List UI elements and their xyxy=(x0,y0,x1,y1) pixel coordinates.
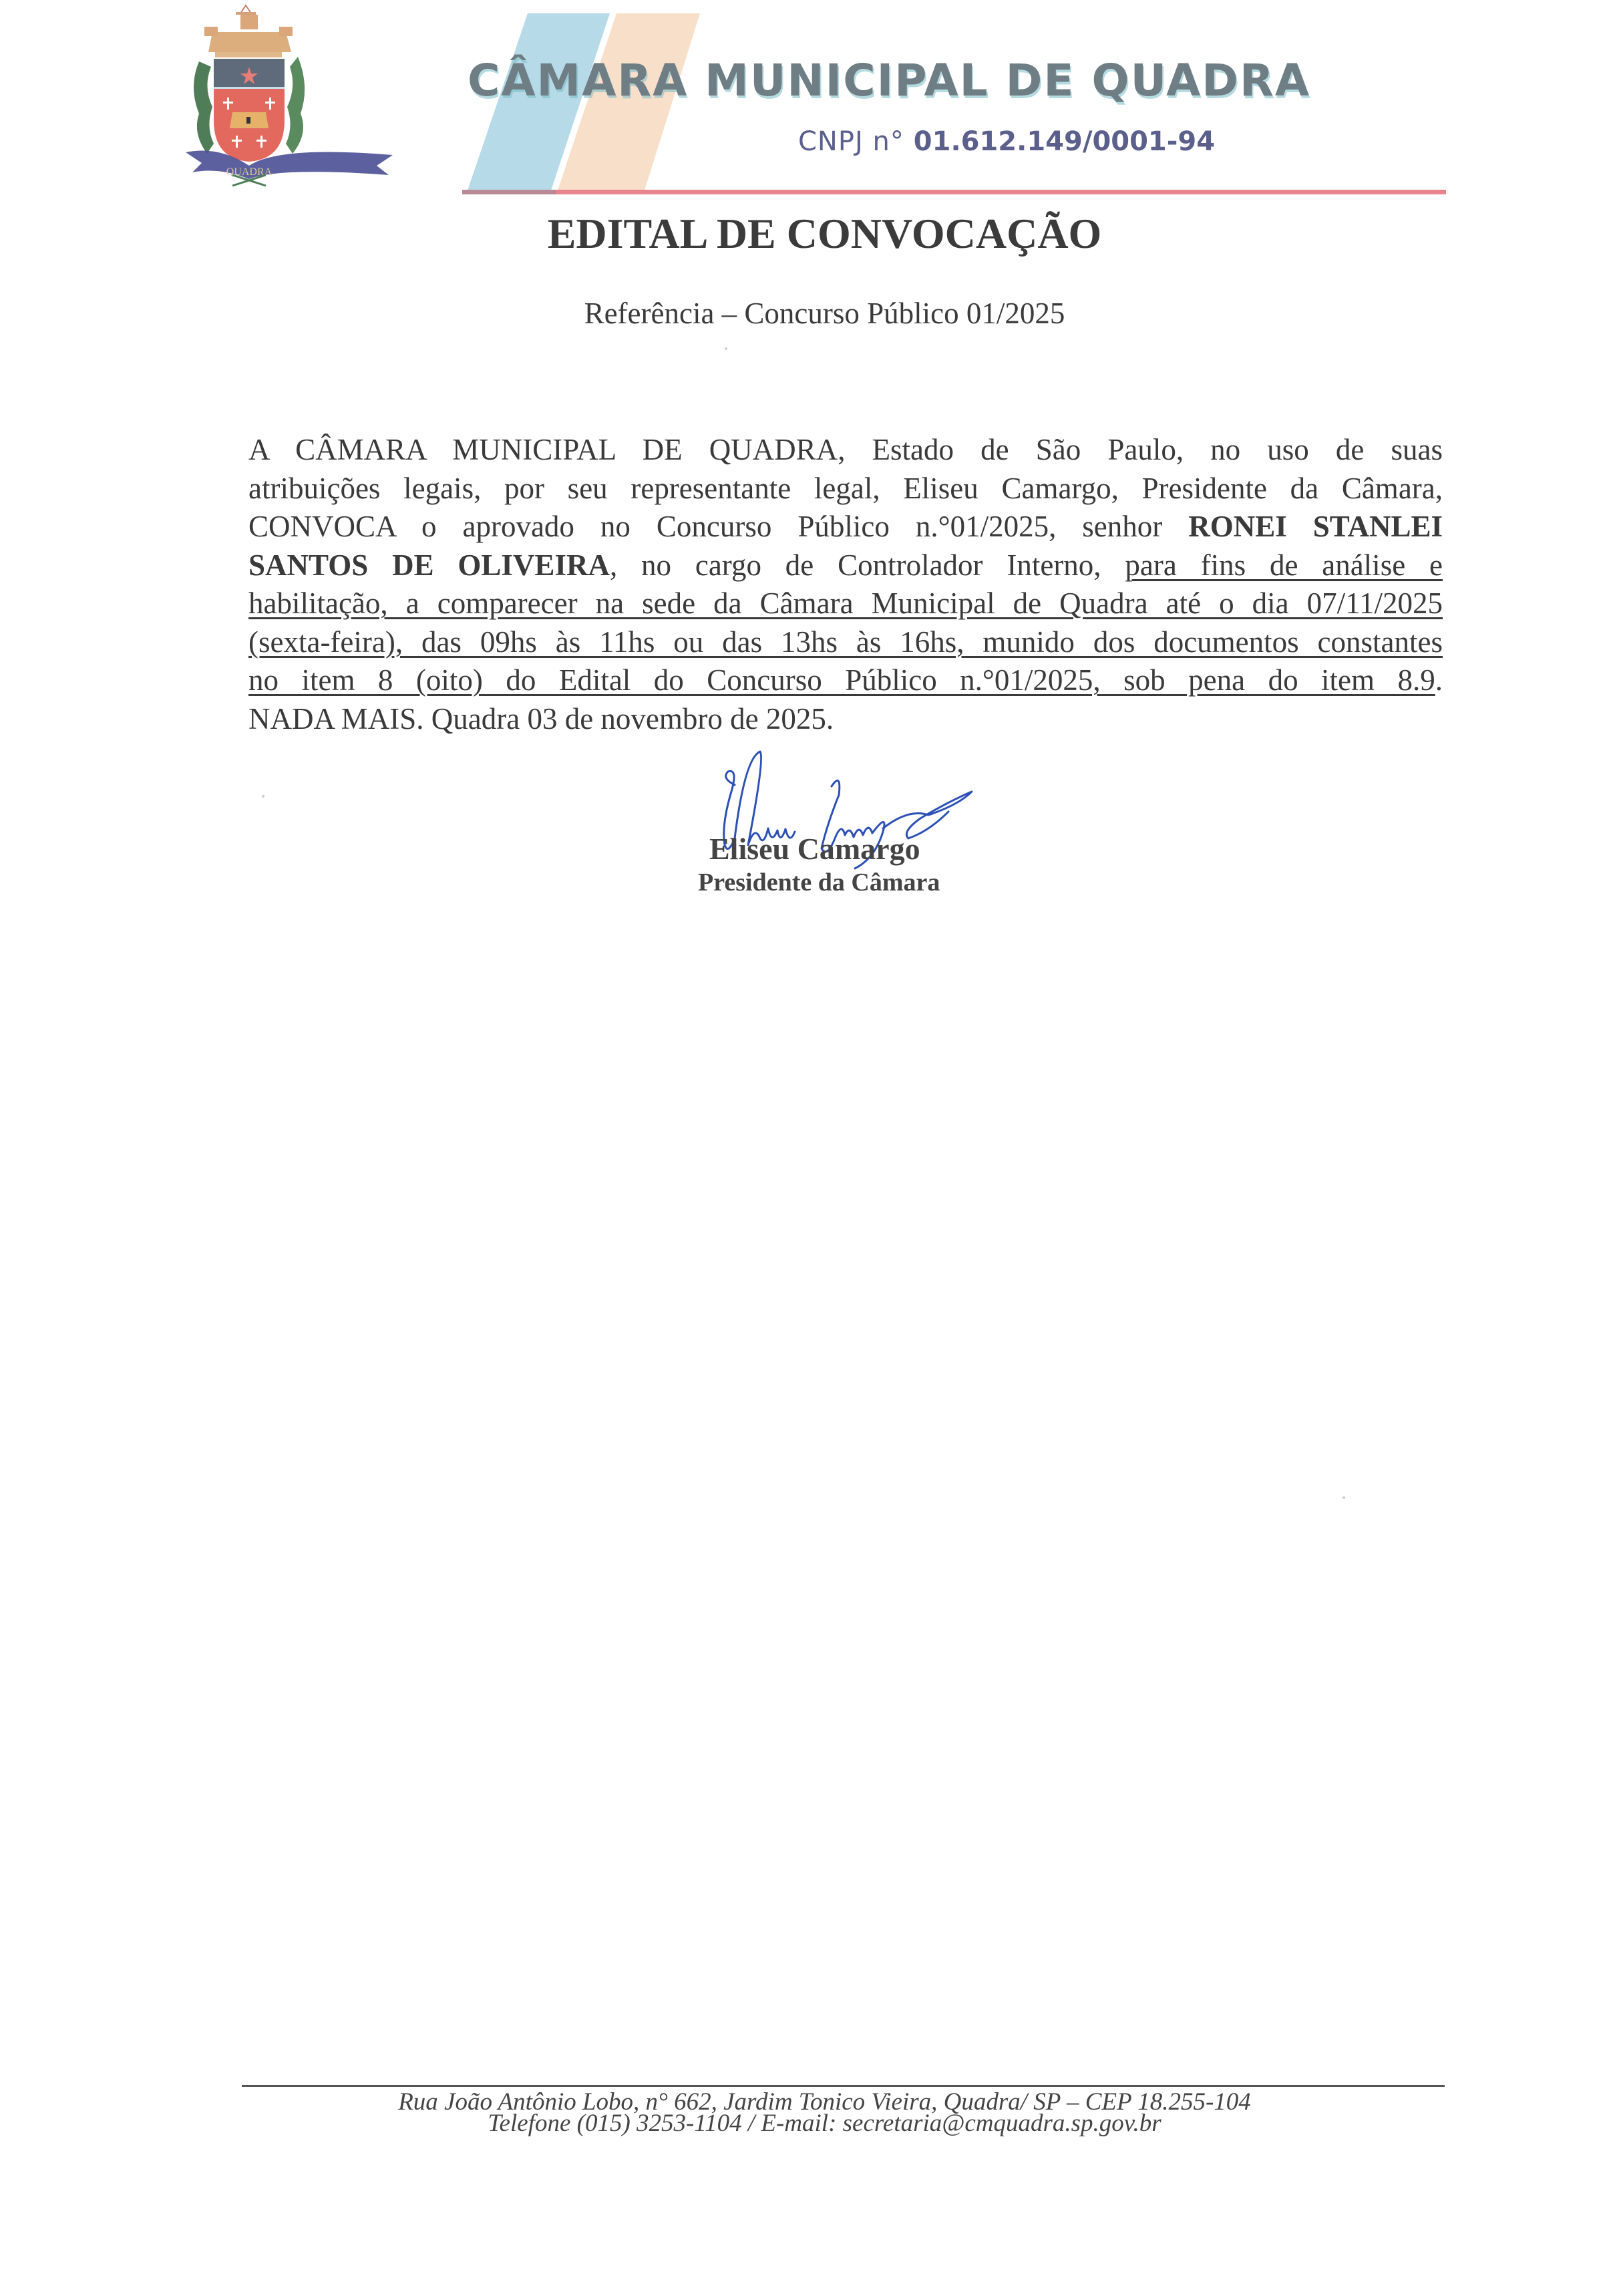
body-line: SANTOS DE OLIVEIRA, no cargo de Controla… xyxy=(248,546,1443,585)
body-line: (sexta-feira), das 09hs às 11hs ou das 1… xyxy=(248,623,1443,662)
scan-speck xyxy=(1343,1496,1345,1499)
body-line: CONVOCA o aprovado no Concurso Público n… xyxy=(248,508,1443,546)
cnpj-prefix: CNPJ n° xyxy=(798,126,904,157)
body-text-segment: A CÂMARA MUNICIPAL DE QUADRA, Estado de … xyxy=(248,433,1443,466)
body-line: atribuições legais, por seu representant… xyxy=(248,470,1443,508)
underlined-text: no item 8 (oito) do Edital do Concurso P… xyxy=(248,663,1435,697)
footer-divider xyxy=(242,2085,1445,2087)
body-text-segment: . xyxy=(1435,663,1443,697)
document-title: EDITAL DE CONVOCAÇÃO xyxy=(0,212,1609,255)
coat-of-arms-icon: QUADRA xyxy=(179,0,399,194)
body-line: habilitação, a comparecer na sede da Câm… xyxy=(248,585,1443,623)
underlined-text: para fins de análise e xyxy=(1125,548,1443,582)
bold-text: SANTOS DE OLIVEIRA xyxy=(248,548,610,582)
body-text-segment: atribuições legais, por seu representant… xyxy=(248,472,1443,505)
bold-text: RONEI STANLEI xyxy=(1188,510,1443,543)
body-line: A CÂMARA MUNICIPAL DE QUADRA, Estado de … xyxy=(248,431,1443,470)
scan-speck xyxy=(725,347,727,350)
body-line: no item 8 (oito) do Edital do Concurso P… xyxy=(248,661,1443,700)
underlined-text: (sexta-feira), das 09hs às 11hs ou das 1… xyxy=(248,625,1443,659)
body-text-segment: CONVOCA o aprovado no Concurso Público n… xyxy=(248,510,1188,543)
header-divider xyxy=(462,190,1446,194)
underlined-text: habilitação, a comparecer na sede da Câm… xyxy=(248,587,1443,620)
cnpj-number: 01.612.149/0001-94 xyxy=(914,126,1215,157)
body-text-segment: NADA MAIS. Quadra 03 de novembro de 2025… xyxy=(248,702,834,735)
cnpj: CNPJ n° 01.612.149/0001-94 xyxy=(798,128,1215,155)
document-reference: Referência – Concurso Público 01/2025 xyxy=(0,299,1609,329)
convocation-body: A CÂMARA MUNICIPAL DE QUADRA, Estado de … xyxy=(248,431,1443,738)
body-text-segment: , no cargo de Controlador Interno, xyxy=(610,548,1125,582)
body-line: NADA MAIS. Quadra 03 de novembro de 2025… xyxy=(248,700,1443,739)
scan-speck xyxy=(262,795,264,798)
institution-name: CÂMARA MUNICIPAL DE QUADRA xyxy=(468,59,1443,103)
signer-role: Presidente da Câmara xyxy=(698,870,940,895)
signer-name: Eliseu Camargo xyxy=(709,834,920,864)
footer-contact: Telefone (015) 3253-1104 / E-mail: secre… xyxy=(0,2111,1609,2136)
